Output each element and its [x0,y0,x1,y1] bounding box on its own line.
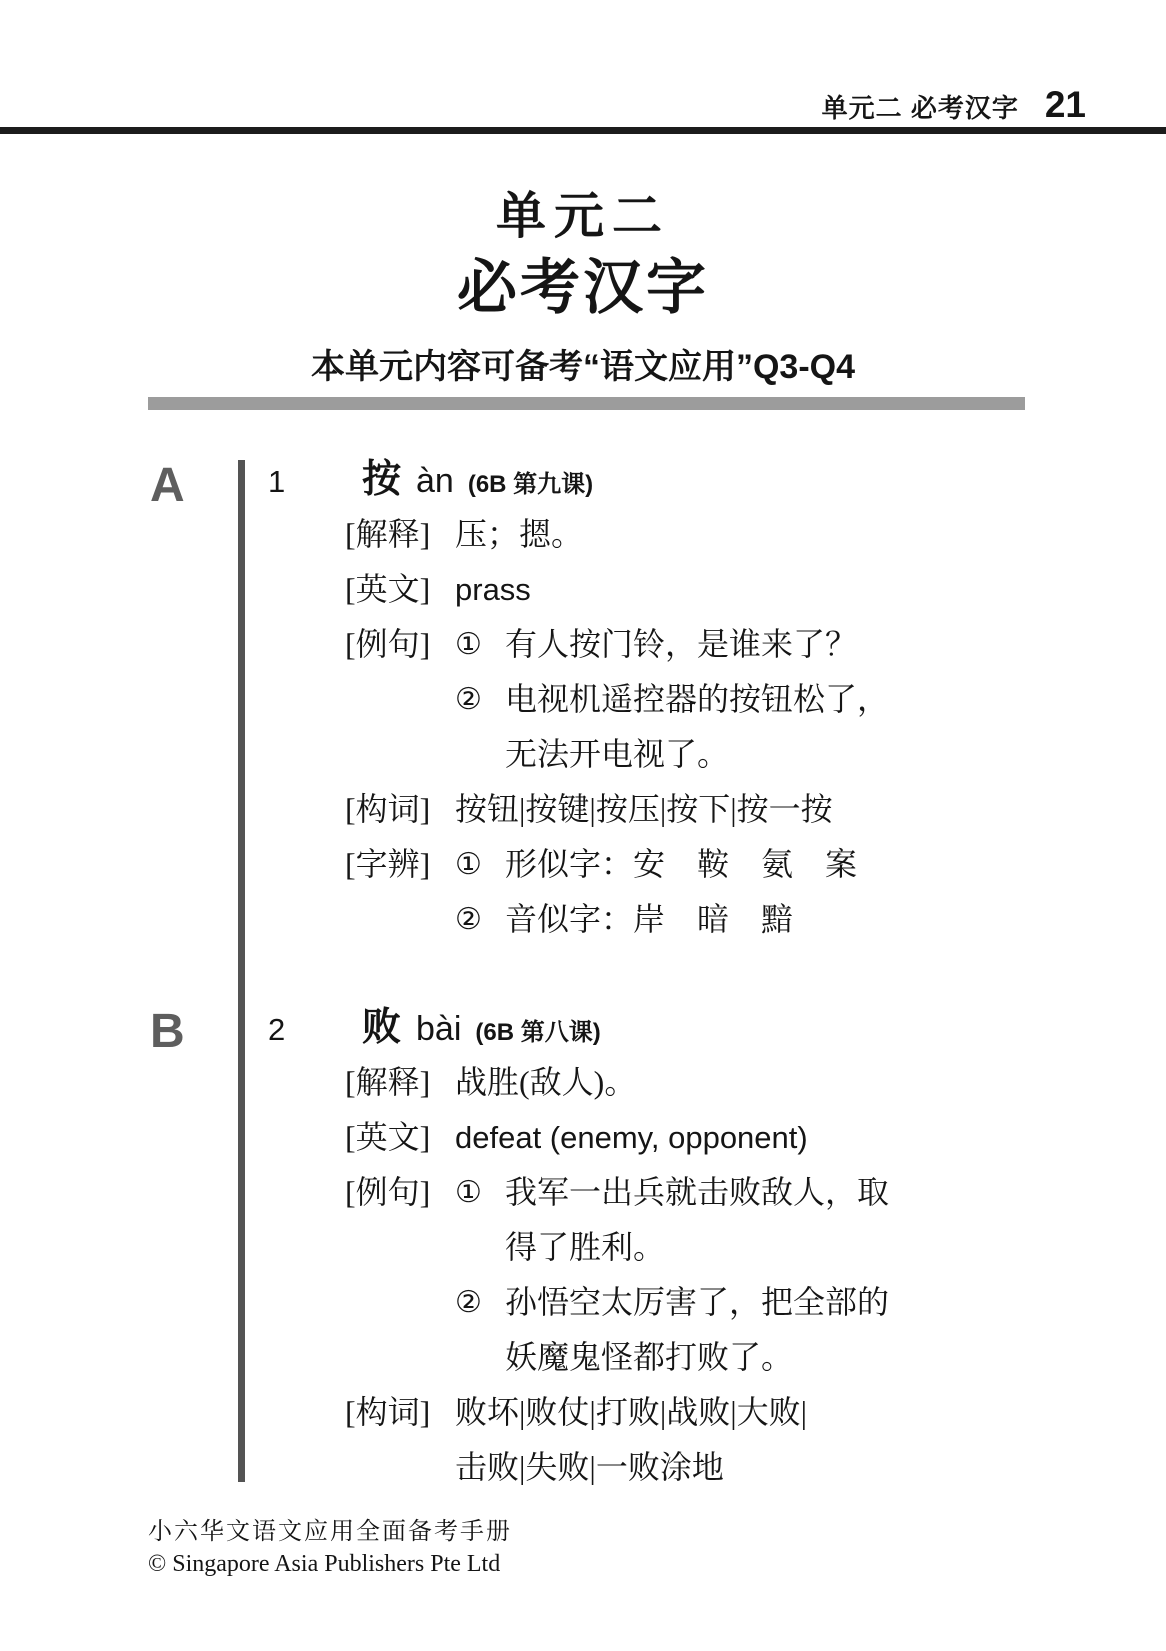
row-label: [英文] [345,562,455,617]
example-row: [例句] ① 我军一出兵就击败敌人，取 得了胜利。 ② 孙悟空太厉害了，把全部的… [268,1165,1008,1385]
section-letter-a: A [150,462,185,510]
unit-subtitle: 本单元内容可备考“语文应用”Q3-Q4 [0,339,1166,388]
entry-headline: 1 按 àn (6B 第九课) [268,452,1008,507]
row-label: [解释] [345,1055,455,1110]
compound-words-row: [构词] 按钮|按键|按压|按下|按一按 [268,782,1008,837]
english-text: prass [455,562,531,617]
compound-words-row: [构词] 败坏|败仗|打败|战败|大败| 击败|失败|一败涂地 [268,1385,1008,1495]
discrimination-line: 音似字：岸 暗 黯 [505,892,793,947]
entry-number: 2 [268,1002,362,1057]
english-row: [英文] prass [268,562,1008,617]
textbook-page: 单元二 必考汉字 21 单元二 必考汉字 本单元内容可备考“语文应用”Q3-Q4… [0,0,1166,1651]
discrimination-line: 形似字：安 鞍 氨 案 [505,837,857,892]
entry-headword: 败 [362,1000,401,1055]
definition-row: [解释] 战胜(敌人)。 [268,1055,1008,1110]
section-letter-b: B [150,1008,185,1056]
example-item: ① 我军一出兵就击败敌人，取 得了胜利。 [455,1165,889,1275]
discrimination-item: ② 音似字：岸 暗 黯 [455,892,857,947]
footer-copyright: © Singapore Asia Publishers Pte Ltd [148,1548,512,1580]
unit-title-line2: 必考汉字 [0,240,1166,326]
footer-book-title: 小六华文语文应用全面备考手册 [148,1516,512,1548]
running-header-section-title: 单元二 必考汉字 [822,88,1019,125]
discrimination-item: ① 形似字：安 鞍 氨 案 [455,837,857,892]
entry-pinyin: bài [416,1002,461,1057]
circled-number: ② [455,672,505,782]
unit-title-line1: 单元二 [0,176,1166,248]
compound-words-text: 败坏|败仗|打败|战败|大败| [455,1385,807,1440]
character-discrimination-row: [字辨] ① 形似字：安 鞍 氨 案 ② 音似字：岸 暗 黯 [268,837,1008,947]
header-rule [0,127,1166,134]
entry-an: 1 按 àn (6B 第九课) [解释] 压；摁。 [英文] prass [例句… [268,452,1008,947]
example-item: ① 有人按门铃，是谁来了？ [455,617,889,672]
circled-number: ② [455,1275,505,1385]
example-item: ② 孙悟空太厉害了，把全部的 妖魔鬼怪都打败了。 [455,1275,889,1385]
definition-text: 战胜(敌人)。 [455,1055,636,1110]
definition-text: 压；摁。 [455,507,583,562]
example-line: 得了胜利。 [505,1220,889,1275]
entry-pinyin: àn [416,454,454,509]
english-row: [英文] defeat (enemy, opponent) [268,1110,1008,1165]
circled-number: ① [455,1165,505,1275]
compound-words-text: 按钮|按键|按压|按下|按一按 [455,782,833,837]
row-label: [构词] [345,782,455,837]
subtitle-divider-bar [148,397,1025,410]
example-line: 电视机遥控器的按钮松了， [505,672,889,727]
page-number: 21 [1045,84,1086,126]
row-label: [构词] [345,1385,455,1495]
example-line: 妖魔鬼怪都打败了。 [505,1330,889,1385]
example-line: 无法开电视了。 [505,727,889,782]
running-header: 单元二 必考汉字 21 [822,84,1086,126]
example-item: ② 电视机遥控器的按钮松了， 无法开电视了。 [455,672,889,782]
row-label: [解释] [345,507,455,562]
page-footer: 小六华文语文应用全面备考手册 © Singapore Asia Publishe… [148,1516,512,1580]
row-label: [英文] [345,1110,455,1165]
circled-number: ① [455,837,505,892]
circled-number: ② [455,892,505,947]
circled-number: ① [455,617,505,672]
side-vertical-rule [238,460,245,1482]
example-line: 有人按门铃，是谁来了？ [505,617,857,672]
entry-number: 1 [268,454,362,509]
example-line: 孙悟空太厉害了，把全部的 [505,1275,889,1330]
compound-words-text: 击败|失败|一败涂地 [455,1440,807,1495]
entry-course-ref: (6B 第八课) [475,1005,600,1060]
row-label: [例句] [345,1165,455,1385]
entry-course-ref: (6B 第九课) [468,457,593,512]
example-row: [例句] ① 有人按门铃，是谁来了？ ② 电视机遥控器的按钮松了， 无法开电视了… [268,617,1008,782]
example-line: 我军一出兵就击败敌人，取 [505,1165,889,1220]
row-label: [字辨] [345,837,455,947]
entry-headword: 按 [362,452,401,507]
entry-headline: 2 败 bài (6B 第八课) [268,1000,1008,1055]
entry-bai: 2 败 bài (6B 第八课) [解释] 战胜(敌人)。 [英文] defea… [268,1000,1008,1495]
definition-row: [解释] 压；摁。 [268,507,1008,562]
row-label: [例句] [345,617,455,782]
english-text: defeat (enemy, opponent) [455,1110,808,1165]
